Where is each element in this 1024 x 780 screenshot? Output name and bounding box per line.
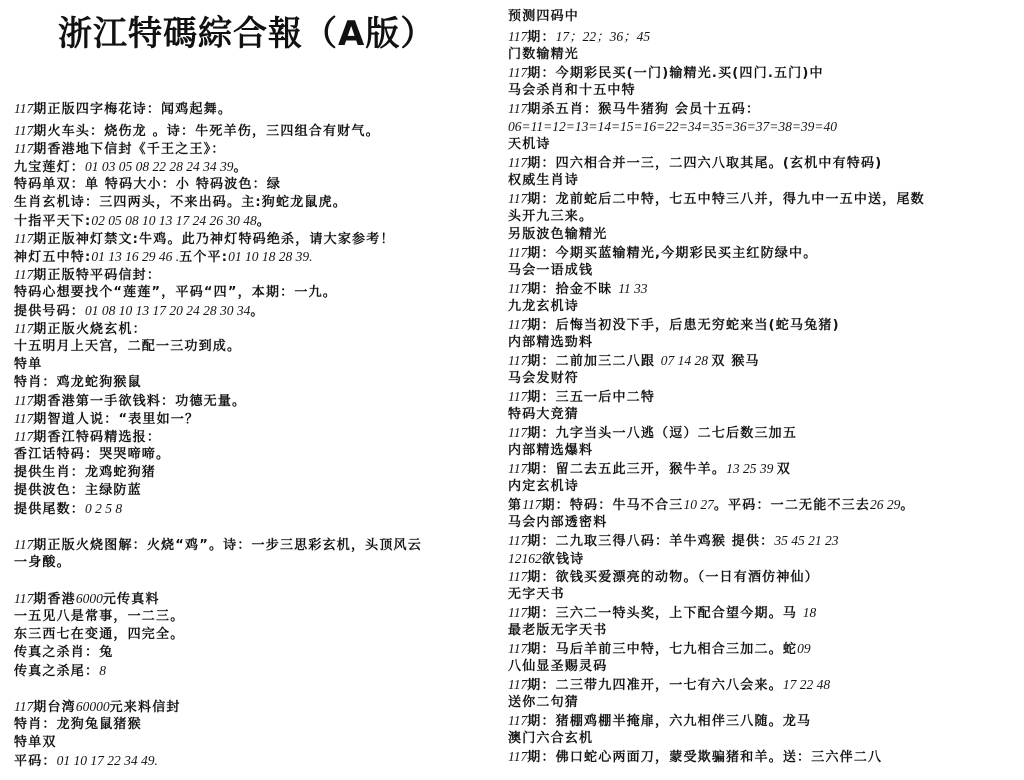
right-column-line: 最老版无字天书: [508, 622, 607, 640]
right-column-line: 117期：二前加三二八跟 07 14 28 双 猴马: [508, 352, 760, 371]
right-column-line: 门数输精光: [508, 46, 579, 64]
right-column-line: 117期：三五一后中二特: [508, 388, 655, 407]
left-column-line: 十指平天下:02 05 08 10 13 17 24 26 30 48。: [14, 212, 271, 231]
right-column-line: 117期：今期买蓝输精光,今期彩民买主红防绿中。: [508, 244, 817, 263]
left-column-line: 十五明月上天宫，二配一三功到成。: [14, 338, 241, 356]
right-column-line: 117期：马后羊前三中特，七九相合三加二。蛇09: [508, 640, 811, 659]
right-column-line: 117期：今期彩民买(一门)输精光.买(四门.五门)中: [508, 64, 824, 83]
left-column-line: 117期正版神灯禁文:牛鸡。此乃神灯特码绝杀，请大家参考！: [14, 230, 395, 249]
right-column-line: 117期：佛口蛇心两面刀，蒙受欺骗猪和羊。送：三六伴二八: [508, 748, 882, 767]
left-column-line: 117期火车头：烧伤龙 。诗：牛死羊伤，三四组合有财气。: [14, 122, 380, 141]
right-column-line: 无字天书: [508, 586, 565, 604]
left-column-line: 特肖：龙狗兔鼠猪猴: [14, 716, 142, 734]
left-column-line: 提供波色：主绿防蓝: [14, 482, 142, 500]
right-column-line: 117期：九字当头一八逃（逗）二七后数三加五: [508, 424, 797, 443]
left-column-line: 东三西七在变通，四完全。: [14, 626, 184, 644]
right-column-line: 特码大竞猜: [508, 406, 579, 424]
left-column-line: 生肖玄机诗：三四两头，不来出码。主:狗蛇龙鼠虎。: [14, 194, 347, 212]
left-column-line: 特单: [14, 356, 42, 374]
right-column-line: 马会杀肖和十五中特: [508, 82, 636, 100]
right-column-line: 117期：二九取三得八码：羊牛鸡猴 提供：35 45 21 23: [508, 532, 839, 551]
right-column-line: 117期杀五肖：猴马牛猪狗 会员十五码：: [508, 100, 760, 119]
right-column-line: 117期：二三带九四准开，一七有六八会来。17 22 48: [508, 676, 830, 695]
right-column-line: 天机诗: [508, 136, 551, 154]
left-column-line: 117期香江特码精选报：: [14, 428, 161, 447]
left-column-line: 117期台湾60000元来料信封: [14, 698, 181, 717]
right-column-line: 12162欲钱诗: [508, 550, 584, 569]
right-column-line: 送你二句猜: [508, 694, 579, 712]
right-column-line: 内定玄机诗: [508, 478, 579, 496]
right-column-line: 权威生肖诗: [508, 172, 579, 190]
right-column-line: 八仙显圣赐灵码: [508, 658, 607, 676]
left-column-line: 117期正版四字梅花诗：闻鸡起舞。: [14, 100, 232, 119]
right-column-line: 117期：欲钱买爱漂亮的动物。（一日有酒仿神仙）: [508, 568, 819, 587]
right-column-line: 预测四码中: [508, 8, 579, 26]
left-column-line: 九宝莲灯：01 03 05 08 22 28 24 34 39。: [14, 158, 248, 177]
right-column-line: 澳门六合玄机: [508, 730, 593, 748]
left-column-line: 117期香港6000元传真料: [14, 590, 160, 609]
left-column-line: 提供尾数：0 2 5 8: [14, 500, 122, 519]
left-column-line: 平码：01 10 17 22 34 49.: [14, 752, 158, 771]
left-column-line: 117期正版火烧图解：火烧“鸡”。诗：一步三思彩玄机，头顶风云: [14, 536, 422, 555]
right-column-line: 117期：拾金不昧 11 33: [508, 280, 648, 299]
left-column-line: 117期香港地下信封《千王之王》：: [14, 140, 226, 159]
left-column-line: 神灯五中特:01 13 16 29 46 .五个平:01 10 18 28 39…: [14, 248, 313, 267]
right-column-line: 内部精选勁料: [508, 334, 593, 352]
left-column-line: 一五见八是常事，一二三。: [14, 608, 184, 626]
right-column-line: 头开九三来。: [508, 208, 593, 226]
right-column-line: 117期：四六相合并一三，二四六八取其尾。(玄机中有特码): [508, 154, 882, 173]
right-column-line: 117期：留二去五此三开，猴牛羊。13 25 39 双: [508, 460, 791, 479]
right-column-line: 马会发财符: [508, 370, 579, 388]
left-column-line: 特肖：鸡龙蛇狗猴鼠: [14, 374, 142, 392]
right-column-line: 九龙玄机诗: [508, 298, 579, 316]
right-column-line: 内部精选爆料: [508, 442, 593, 460]
left-column-line: 117期智道人说：“表里如一？: [14, 410, 199, 429]
left-column-line: 传真之杀尾：8: [14, 662, 106, 681]
right-column-line: 06=11=12=13=14=15=16=22=34=35=36=37=38=3…: [508, 118, 837, 137]
left-column-line: 一身酸。: [14, 554, 71, 572]
left-column-line: 117期正版火烧玄机：: [14, 320, 147, 339]
left-column-line: 特码单双：单 特码大小：小 特码波色：绿: [14, 176, 281, 194]
right-column-line: 另版波色输精光: [508, 226, 607, 244]
right-column-line: 117期：龙前蛇后二中特，七五中特三八并，得九中一五中送，尾数: [508, 190, 925, 209]
page-title: 浙江特碼綜合報（A版）: [58, 6, 435, 55]
left-column-line: 提供号码：01 08 10 13 17 20 24 28 30 34。: [14, 302, 265, 321]
right-column-line: 117期：17；22；36；45: [508, 28, 650, 47]
left-column-line: 香江话特码：哭哭啼啼。: [14, 446, 170, 464]
right-column-line: 117期：后悔当初没下手，后患无穷蛇来当(蛇马兔猪): [508, 316, 840, 335]
left-column-line: 特码心想要找个“莲莲”，平码“四”，本期：一九。: [14, 284, 337, 302]
left-column-line: 117期正版特平码信封：: [14, 266, 161, 285]
right-column-line: 117期：三六二一特头奖，上下配合望今期。马 18: [508, 604, 816, 623]
left-column-line: 117期香港第一手欲钱料：功德无量。: [14, 392, 246, 411]
right-column-line: 马会一语成钱: [508, 262, 593, 280]
left-column-line: 特单双: [14, 734, 57, 752]
left-column-line: 提供生肖：龙鸡蛇狗猪: [14, 464, 156, 482]
right-column-line: 第117期：特码：牛马不合三10 27。平码：一二无能不三去26 29。: [508, 496, 915, 515]
right-column-line: 马会内部透密料: [508, 514, 607, 532]
left-column-line: 传真之杀肖：兔: [14, 644, 113, 662]
right-column-line: 117期：猪棚鸡棚半掩扉，六九相伴三八随。龙马: [508, 712, 811, 731]
